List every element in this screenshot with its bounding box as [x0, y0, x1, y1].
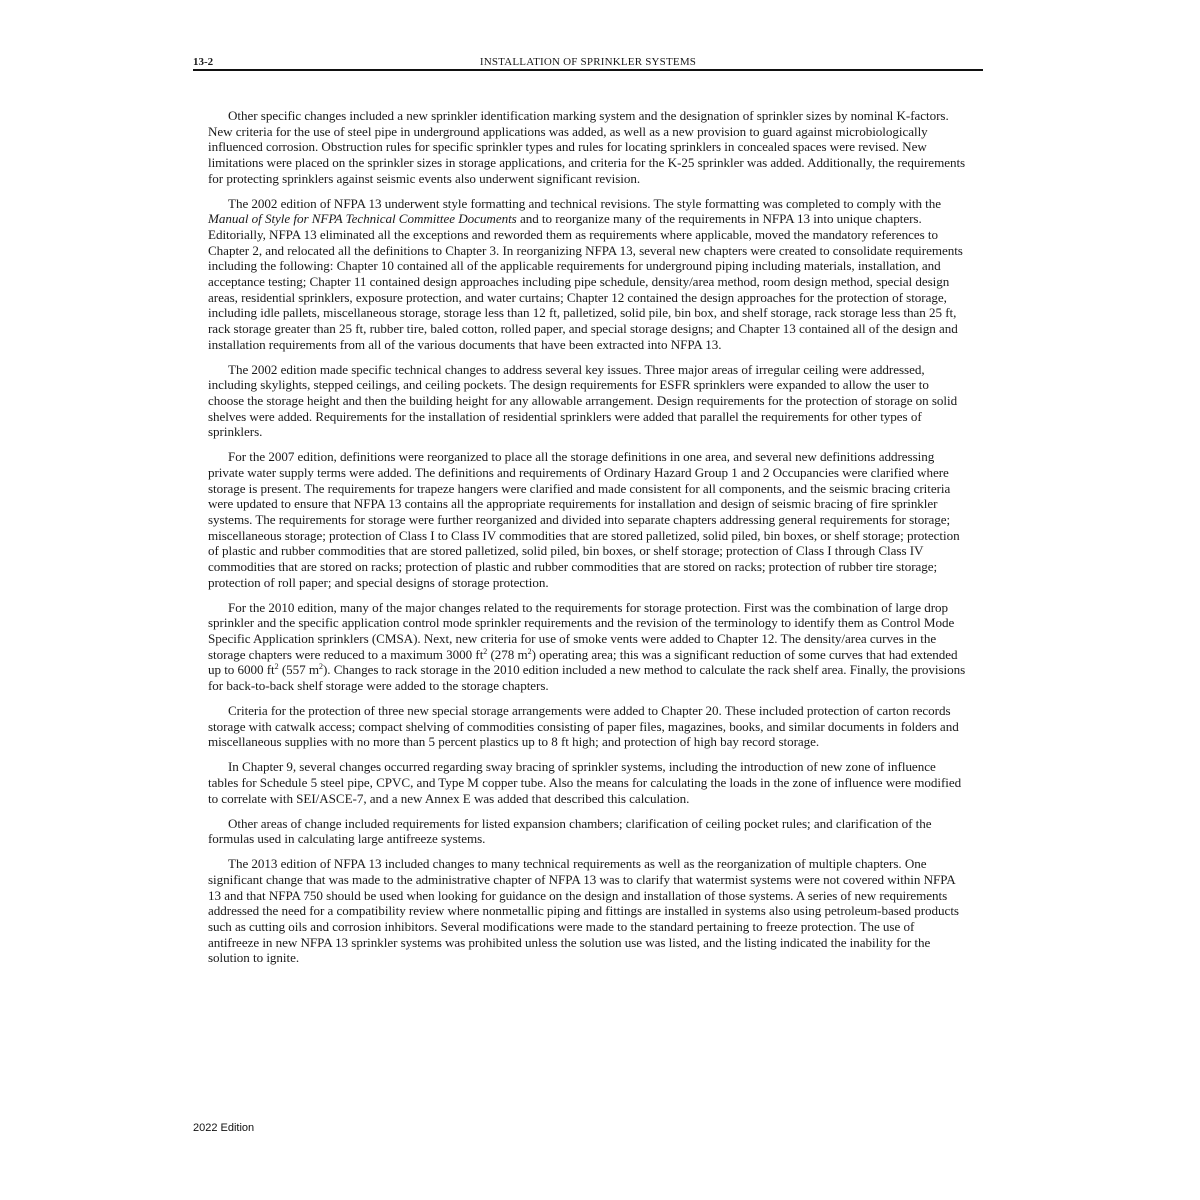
paragraph-chapter-9-sway-bracing: In Chapter 9, several changes occurred r… — [208, 759, 968, 806]
paragraph-2002-edition-technical: The 2002 edition made specific technical… — [208, 362, 968, 440]
text-span: (278 m — [487, 647, 527, 662]
text-span: (557 m — [279, 662, 319, 677]
paragraph-2013-edition: The 2013 edition of NFPA 13 included cha… — [208, 856, 968, 966]
body-text: Other specific changes included a new sp… — [208, 108, 968, 975]
edition-footer: 2022 Edition — [193, 1122, 254, 1134]
running-title: INSTALLATION OF SPRINKLER SYSTEMS — [193, 55, 983, 69]
header-rule — [193, 69, 983, 71]
text-span: The 2002 edition of NFPA 13 underwent st… — [228, 196, 941, 211]
paragraph-other-areas: Other areas of change included requireme… — [208, 816, 968, 847]
running-header: 13-2 INSTALLATION OF SPRINKLER SYSTEMS — [193, 55, 983, 69]
paragraph-2010-edition: For the 2010 edition, many of the major … — [208, 600, 968, 694]
paragraph-2002-edition-formatting: The 2002 edition of NFPA 13 underwent st… — [208, 196, 968, 353]
paragraph-2007-edition: For the 2007 edition, definitions were r… — [208, 449, 968, 590]
paragraph-chapter-20-criteria: Criteria for the protection of three new… — [208, 703, 968, 750]
paragraph-sprinkler-identification: Other specific changes included a new sp… — [208, 108, 968, 186]
manual-of-style-title: Manual of Style for NFPA Technical Commi… — [208, 211, 517, 226]
text-span: and to reorganize many of the requiremen… — [208, 211, 963, 351]
